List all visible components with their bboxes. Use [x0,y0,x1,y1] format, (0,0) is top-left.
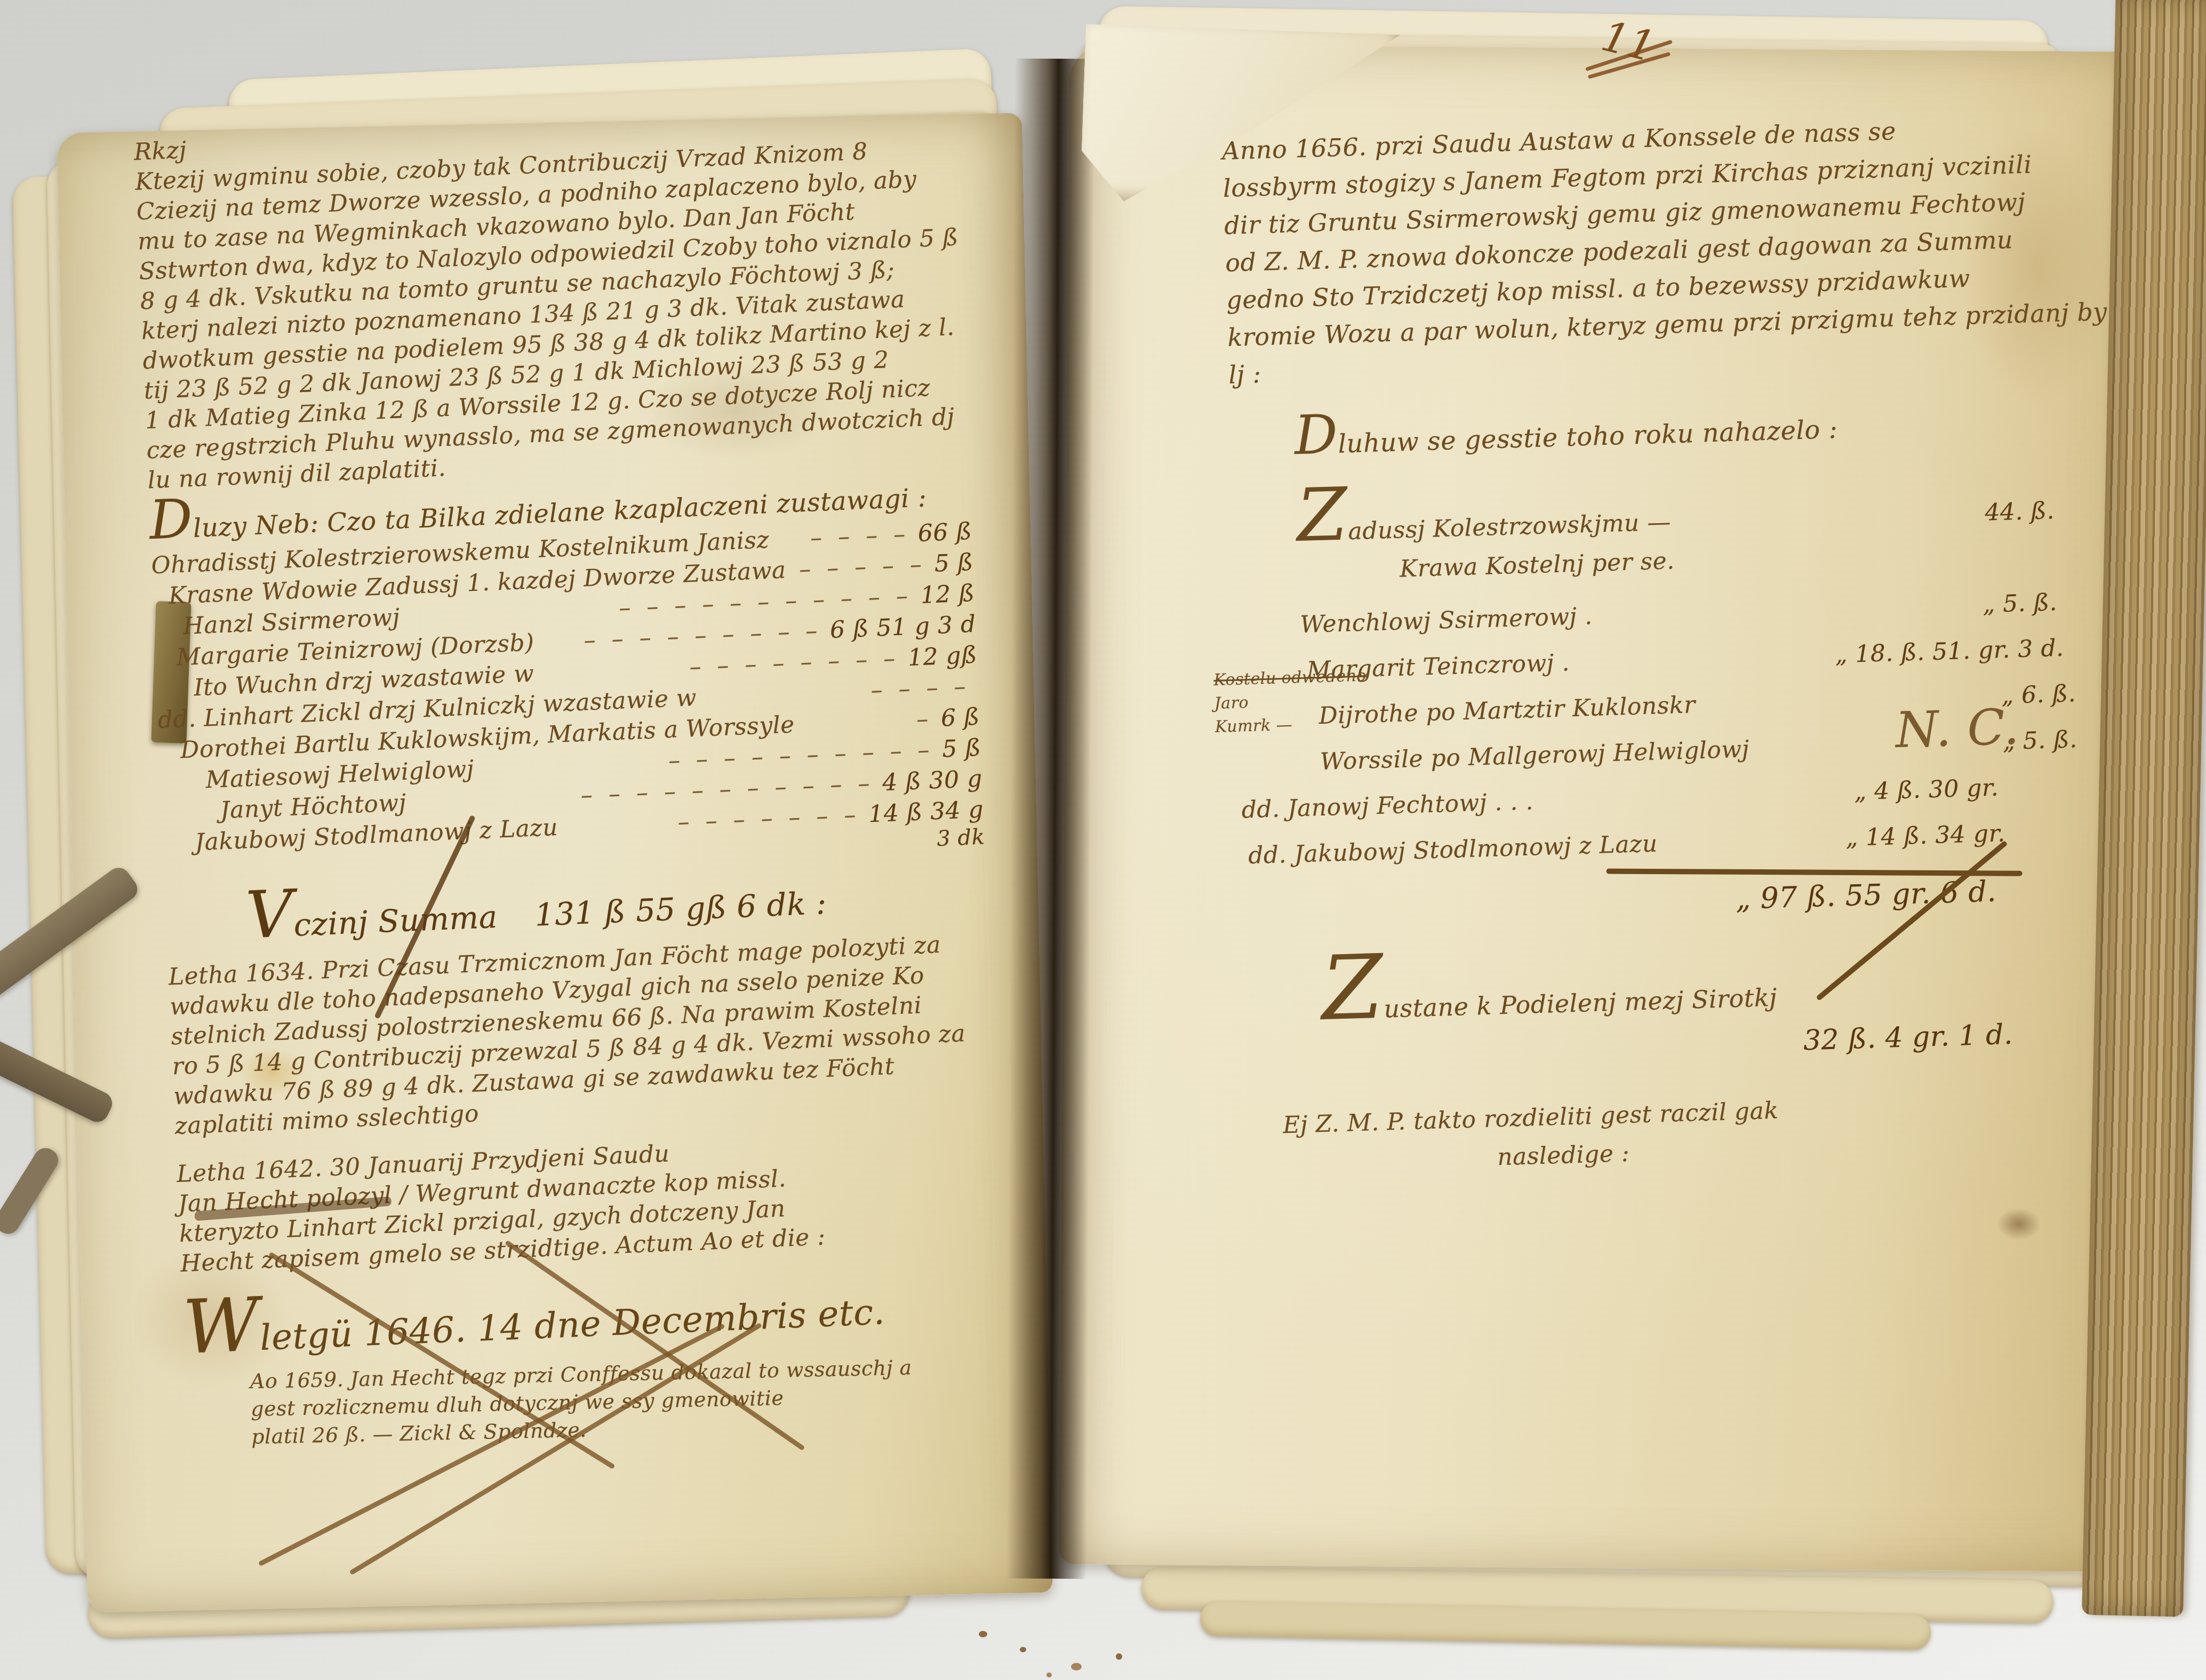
first-entry: Zadussj Kolestrzowskjmu — 44. ß. Krawa K… [1296,471,2072,588]
book-gutter [1007,59,1095,1579]
payment-row-amount: „ 18. ß. 51. gr. 3 d. [1834,626,2064,678]
debt-row-amount: 3 dk [936,825,985,851]
payment-row-label: Wenchlowj Ssirmerowj . [1299,594,1593,648]
paper-crumb [1020,1647,1026,1652]
debt-row-amount: 4 ß 30 g [882,763,983,798]
margin-note: Kostelu odwedeno Jaro Kumrk — [1213,664,1368,739]
payment-row-label: dd. Janowj Fechtowj . . . [1241,779,1534,833]
manuscript-photo: 11 RkzjKtezij wgminu sobie, czoby tak Co… [0,0,2206,1680]
paragraph-1642-lines: Letha 1642. 30 Januarij Przydjeni SauduJ… [176,1125,1002,1279]
entry-label: Zadussj Kolestrzowskjmu — [1296,483,1672,556]
debt-row-amount: 14 ß 34 g [868,794,984,830]
paper-crumb [979,1631,987,1637]
paper-crumb [1071,1663,1082,1670]
payment-row-amount: „ 5. ß. [1982,580,2058,628]
remainder-label: Zustane k Podielenj mezj Sirotkj [1321,945,2085,1025]
right-page-text: Anno 1656. przi Saudu Austaw a Konssele … [1221,107,2090,1184]
remainder-block: Zustane k Podielenj mezj Sirotkj 32 ß. 4… [1321,945,2087,1071]
paragraph-1634: Letha 1634. Przi Czasu Trzmicznom Jan Fö… [168,928,996,1141]
intro-line: Dluhuw se gesstie toho roku nahazelo : [1294,393,2068,462]
debt-row-amount: 5 ß [941,732,981,765]
paper-crumb [1116,1653,1122,1660]
paragraph-contribution: RkzjKtezij wgminu sobie, czoby tak Contr… [133,103,969,496]
payment-row-amount: „ 4 ß. 30 gr. [1853,765,1999,815]
summa-value: 131 ß 55 gß 6 dk : [534,885,827,933]
crossed-out-note: Ao 1659. Jan Hecht tegz przi Conffessu d… [250,1351,1009,1451]
calligraphic-mark: N. C. [1895,698,2020,759]
debt-row-amount: 6 ß [940,702,980,734]
summa-label: Vczinj Summa [245,882,498,946]
heading-1646: Wletgü 1646. 14 dne Decembris etc. [182,1267,1005,1364]
margin-note-line: Kostelu odwedeno [1213,664,1367,692]
debt-row-amount: 12 ß [920,578,976,611]
debt-row-amount: 66 ß [917,516,973,549]
paragraph-1642: Letha 1642. 30 Januarij Przydjeni SauduJ… [176,1125,1002,1279]
entry-amount: 44. ß. [1984,488,2055,536]
paragraph-anno-1656: Anno 1656. przi Saudu Austaw a Konssele … [1221,107,2066,393]
left-page-text: RkzjKtezij wgminu sobie, czoby tak Contr… [133,103,1010,1461]
margin-note-line: Kumrk — [1214,711,1368,739]
debt-list: Ohradisstj Kolestrzierowskemu Kostelniku… [150,516,985,883]
debt-row-amount: 5 ß [934,547,974,580]
remainder-value: 32 ß. 4 gr. 1 d. [1803,1017,2087,1057]
sum-value: „ 97 ß. 55 gr. 6 d. [1244,867,2002,938]
paper-crumb [1046,1673,1052,1677]
sum-block: „ 97 ß. 55 gr. 6 d. [1244,867,2002,938]
payment-row-amount: „ 14 ß. 34 gr. [1845,811,2006,861]
debt-row-amount: 12 gß [907,640,978,674]
